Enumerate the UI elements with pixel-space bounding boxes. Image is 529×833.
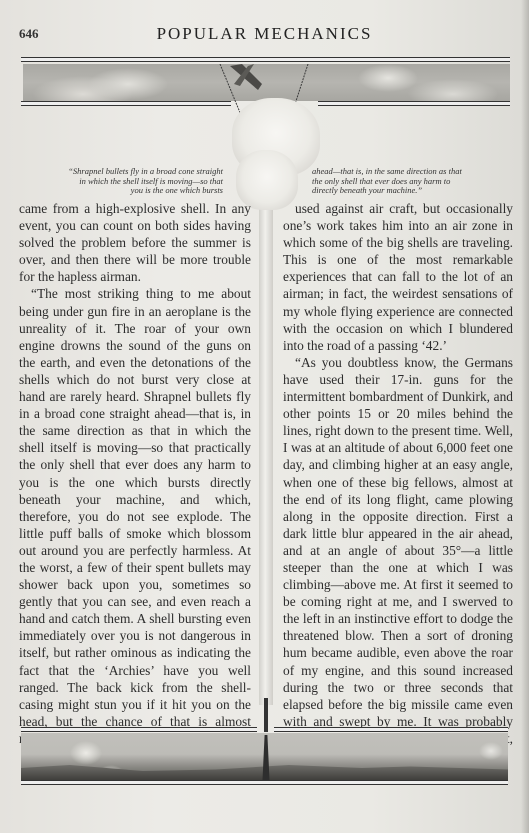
paragraph: “The most striking thing to me about bei… xyxy=(19,285,251,747)
running-head: POPULAR MECHANICS xyxy=(0,24,529,44)
paragraph: used against air craft, but occasionally… xyxy=(283,200,513,354)
figure-caption-right: ahead—that is, in the same direction as … xyxy=(312,167,517,196)
caption-line: directly beneath your machine.” xyxy=(312,186,517,196)
shell-smoke-trail xyxy=(259,200,273,705)
bottom-rule-upper-right xyxy=(274,727,508,732)
bottom-rule-lower xyxy=(21,780,508,785)
article-column-right: used against air craft, but occasionally… xyxy=(283,200,513,764)
bottom-rule-upper-left xyxy=(21,727,257,732)
top-rule-lower-left xyxy=(21,101,231,106)
figure-caption-left: “Shrapnel bullets fly in a broad cone st… xyxy=(20,167,223,196)
paragraph: “As you doubtless know, the Germans have… xyxy=(283,354,513,764)
caption-line: you is the one which bursts xyxy=(20,186,223,196)
top-rule-lower-right xyxy=(318,101,510,106)
article-column-left: came from a high-explosive shell. In any… xyxy=(19,200,251,764)
magazine-page: 646 POPULAR MECHANICS “Shrapnel bullets … xyxy=(0,0,529,833)
gun-barrel xyxy=(264,698,268,732)
page-edge-shadow xyxy=(521,0,529,833)
top-rule-upper xyxy=(21,57,510,62)
paragraph: came from a high-explosive shell. In any… xyxy=(19,200,251,285)
